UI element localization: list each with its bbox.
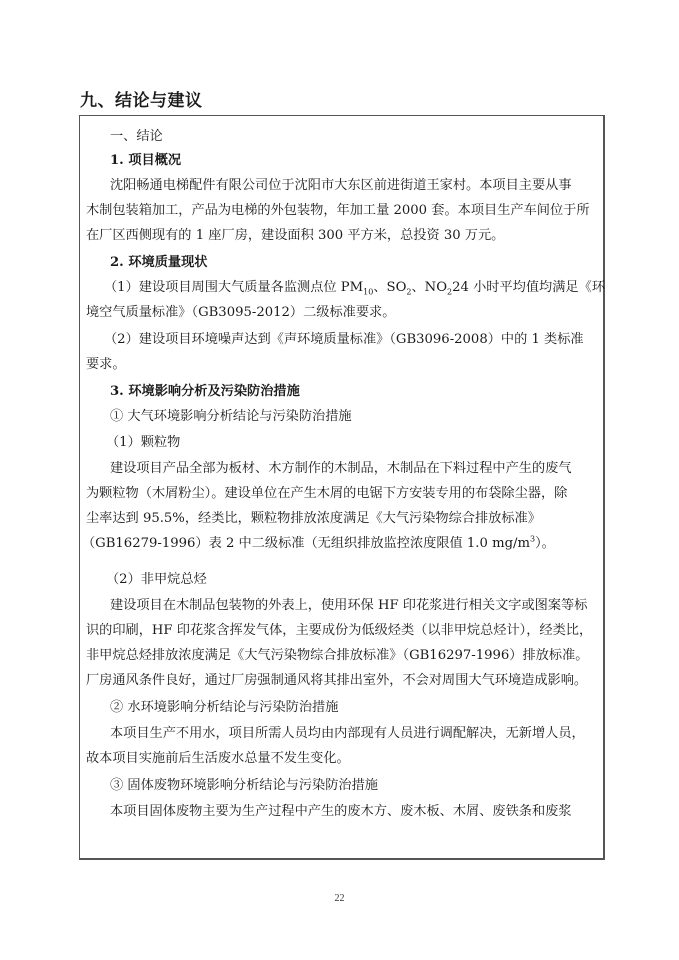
subscript: 10 [363,288,373,297]
paragraph-line: 建设项目产品全部为板材、木方制作的木制品，木制品在下料过程中产生的废气 [110,460,572,478]
text: （GB16279-1996）表 2 中二级标准（无组织排放监控浓度限值 1.0 … [82,536,530,551]
heading-impact-analysis: 3. 环境影响分析及污染防治措施 [110,383,300,401]
paragraph-line: 故本项目实施前后生活废水总量不发生变化。 [86,750,350,768]
heading-conclusion: 一、结论 [110,128,163,146]
text: ）。 [535,536,555,551]
paragraph-line: 为颗粒物（木屑粉尘）。建设单位在产生木屑的电锯下方安装专用的布袋除尘器，除 [86,485,567,503]
heading-project-overview: 1. 项目概况 [110,152,181,170]
paragraph-line: （GB16279-1996）表 2 中二级标准（无组织排放监控浓度限值 1.0 … [82,535,555,553]
paragraph-line: 境空气质量标准》（GB3095-2012）二级标准要求。 [86,304,395,322]
paragraph-line: 木制包装箱加工，产品为电梯的外包装物，年加工量 2000 套。本项目生产车间位于… [86,202,590,220]
paragraph-line: 沈阳畅通电梯配件有限公司位于沈阳市大东区前进街道王家村。本项目主要从事 [110,177,572,195]
subheading-solid-waste: ③ 固体废物环境影响分析结论与污染防治措施 [110,777,378,795]
paragraph-line: 厂房通风条件良好，通过厂房强制通风将其排出室外，不会对周围大气环境造成影响。 [86,672,587,690]
paragraph-line: 识的印刷，HF 印花浆含挥发气体，主要成份为低级烃类（以非甲烷总烃计），经类比， [86,622,592,640]
paragraph-line: 要求。 [86,356,126,374]
paragraph-line: 尘率达到 95.5%，经类比，颗粒物排放浓度满足《大气污染物综合排放标准》 [86,510,541,528]
paragraph-line: 在厂区西侧现有的 1 座厂房，建设面积 300 平方米，总投资 30 万元。 [86,227,504,245]
text: 24 小时平均值均满足《环 [452,280,605,295]
subheading-particles: （1）颗粒物 [106,434,180,452]
text: 、SO [373,280,406,295]
paragraph-line: （2）建设项目环境噪声达到《声环境质量标准》（GB3096-2008）中的 1 … [104,331,584,349]
conclusion-box: 一、结论 1. 项目概况 沈阳畅通电梯配件有限公司位于沈阳市大东区前进街道王家村… [79,115,605,860]
paragraph-line: 本项目生产不用水，项目所需人员均由内部现有人员进行调配解决，无新增人员， [110,725,585,743]
paragraph-line: 本项目固体废物主要为生产过程中产生的废木方、废木板、木屑、废铁条和废浆 [110,803,572,821]
section-title: 九、结论与建议 [80,86,203,111]
paragraph-line: 建设项目在木制品包装物的外表上，使用环保 HF 印花浆进行相关文字或图案等标 [110,597,587,615]
subheading-nmhc: （2）非甲烷总烃 [106,571,207,589]
heading-env-quality: 2. 环境质量现状 [110,254,207,272]
paragraph-line: 非甲烷总烃排放浓度满足《大气污染物综合排放标准》（GB16297-1996）排放… [86,647,588,665]
paragraph-line: （1）建设项目周围大气质量各监测点位 PM10、SO2、NO224 小时平均值均… [104,279,605,297]
text: （1）建设项目周围大气质量各监测点位 PM [104,280,363,295]
subheading-water: ② 水环境影响分析结论与污染防治措施 [110,699,338,717]
text: 、NO [411,280,447,295]
page-number: 22 [0,893,679,904]
subheading-air: ① 大气环境影响分析结论与污染防治措施 [110,408,352,426]
